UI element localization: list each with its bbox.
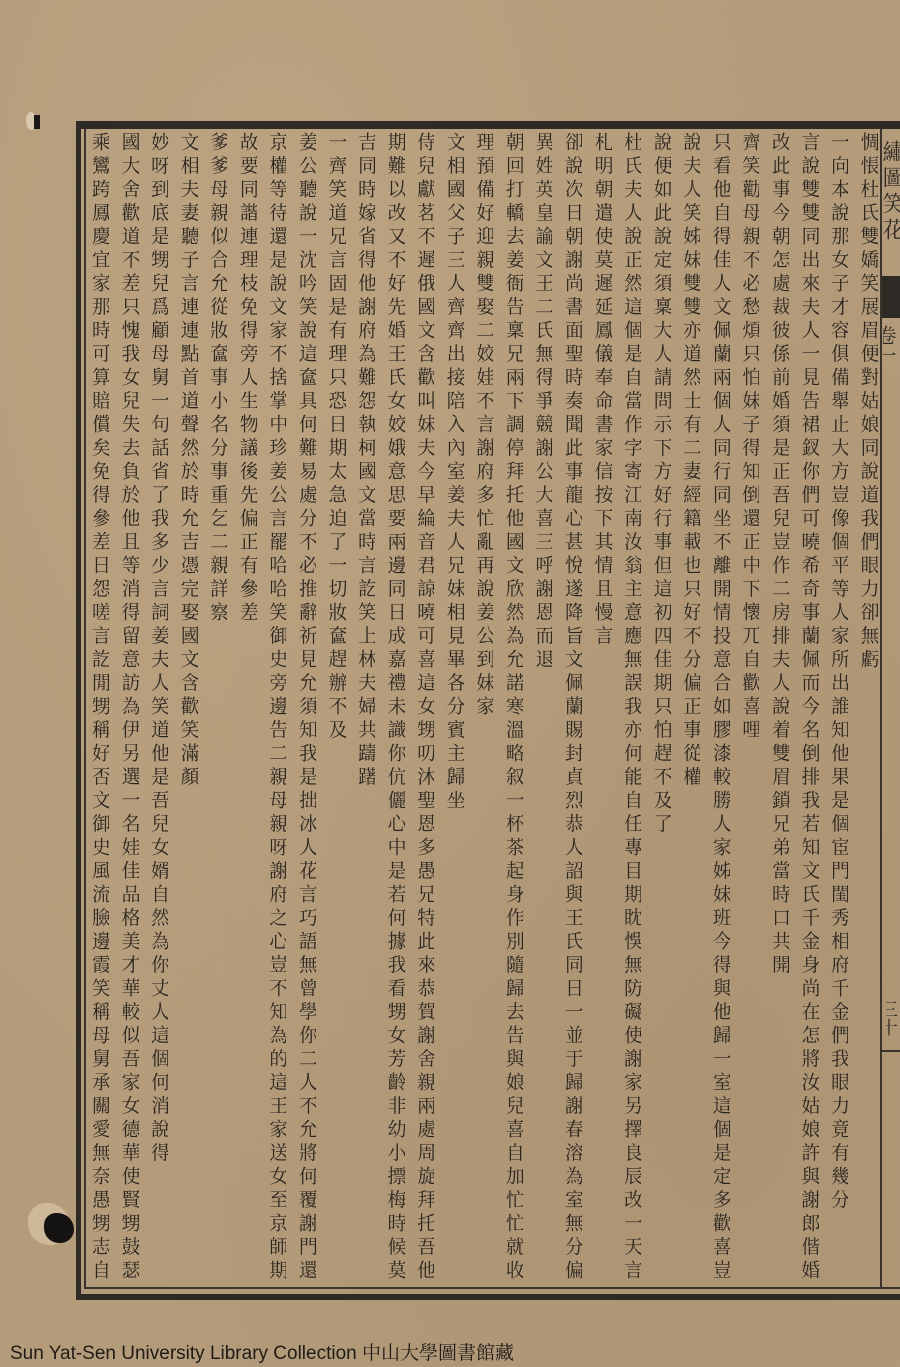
text-column: 朝回打轎去姜衙告稟兄兩下調停拜托他國文欣然為允諾寒溫略叙一杯茶起身作別隨歸去告與… [504, 132, 523, 1282]
text-column: 只看他自得佳人文佩蘭兩個人同行同坐不離開情投意合如膠漆較勝人家姊妹班今得與他歸一… [711, 132, 730, 1282]
text-column: 理預備好迎親雙娶二姣娃不言謝府多忙亂再說姜公到妹家 [474, 132, 493, 1282]
text-column: 札明朝遣使莫遲延鳳儀奉命書家信按下其情且慢言 [593, 132, 612, 1282]
text-column: 杜氏夫人說正然這個是自當作字寄江南汝翁主意應無誤我亦何能自任專目期眈悞無防礙使謝… [622, 132, 641, 1282]
text-columns: 惆悵杜氏雙嬌笑展眉便對姑娘同說道我們眼力卻無虧 一向本說那女子才容俱備舉止大方豈… [90, 132, 878, 1282]
text-column: 吉同時嫁省得他謝府為難怨執柯國文當時言訖笑上林夫婦共躊躇 [356, 132, 375, 1282]
text-column: 異姓英皇諭文王二氏無得爭競謝公大喜三呼謝恩而退 [533, 132, 552, 1282]
text-column: 說便如此說定須稟大人請問示下方好行事但這初四佳期只怕趕不及了 [652, 132, 671, 1282]
text-column: 文相夫妻聽子言連連點首道聲然於時允吉憑完娶國文含歡笑滿顏 [179, 132, 198, 1282]
text-column: 惆悵杜氏雙嬌笑展眉便對姑娘同說道我們眼力卻無虧 [859, 132, 878, 1282]
text-column: 說夫人笑姊妹雙雙亦道然士有二妻經籍載也只好不分偏正事從權 [681, 132, 700, 1282]
collection-caption: Sun Yat-Sen University Library Collectio… [10, 1338, 514, 1365]
text-column: 言說雙雙同出來夫人一見告裙釵你們可曉希奇事蘭佩而今名倒排我若知文氏千金身尚在怎將… [800, 132, 819, 1282]
text-column: 侍兒獻茗不遲俄國文含歡叫妹夫今早綸音君諒曉可喜這女甥叨沐聖恩多愚兄特此來恭賀謝舍… [415, 132, 434, 1282]
frame-inner-bottom-rule [84, 1287, 900, 1289]
text-column: 爹爹母親似合允從妝奩事小名分事重乞二親詳察 [208, 132, 227, 1282]
text-column: 改此事今朝怎處裁彼係前婚須是正吾兒豈作二房排夫人說着雙眉鎖兄弟當時口共開 [770, 132, 789, 1282]
text-column: 期難以改又不好先婚王氏女姣娥意思要兩邊同日成嘉禮未識你伉儷心中是若何據我看甥女芳… [386, 132, 405, 1282]
text-column: 姜公聽說一沈吟笑說這奩具何難易處分不必推辭祈見允須知我是拙冰人花言巧語無曾學你二… [297, 132, 316, 1282]
paper-hole [44, 1213, 74, 1243]
frame-inner-left-rule [84, 129, 86, 1289]
binding-mark [34, 115, 40, 129]
spine-volume-label: 卷一 [883, 325, 900, 365]
spine-page-number: 三十 [886, 1000, 900, 1040]
scanned-book-page: 繡圖笑花 卷一 三十 惆悵杜氏雙嬌笑展眉便對姑娘同說道我們眼力卻無虧 一向本說那… [0, 0, 900, 1367]
text-column: 故要同諧連理枝免得旁人生物議後先偏正有參差 [238, 132, 257, 1282]
text-column: 乘鸞跨鳳慶宜家那時可算賠償矣免得參差日怨嗟言訖閒甥稱好否文御史風流臉邊霞笑稱母舅… [90, 132, 109, 1282]
caption-english: Sun Yat-Sen University Library Collectio… [10, 1343, 357, 1364]
text-column: 京權等待還是說文家不捨掌中珍姜公言罷哈哈笑御史旁邊告二親母親呀謝府之心豈不知為的… [267, 132, 286, 1282]
spine-divider [882, 1050, 900, 1052]
spine-fishtail-mark [882, 276, 900, 318]
text-column: 齊笑勸母親不必愁煩只怕妹子得知倒還正中下懷兀自歡喜哩 [740, 132, 759, 1282]
text-column: 卻說次日朝謝尚書面聖時奏聞此事龍心甚悅遂降旨文佩蘭賜封貞烈恭人詔與王氏同日一並于… [563, 132, 582, 1282]
text-column: 一向本說那女子才容俱備舉止大方豈像個平等人家所出誰知他果是個宦門閨秀相府千金們我… [829, 132, 848, 1282]
text-column: 一齊笑道兄言固是有理只恐日期太急迫了一切妝奩趕辦不及 [327, 132, 346, 1282]
caption-chinese: 中山大學圖書館藏 [362, 1342, 514, 1364]
text-column: 國大舍歡道不差只愧我女兒失去負於他且等消得留意訪為伊另選一名娃佳品格美才華較似吾… [120, 132, 139, 1282]
text-column: 文相國父子三人齊齊出接陪入內室姜夫人兄妹相見畢各分賓主歸坐 [445, 132, 464, 1282]
spine-book-title: 繡圖笑花 [883, 140, 900, 270]
text-column: 妙呀到底是甥兒爲顧母舅一句話省了我多少言詞姜夫人笑道他是吾兒女婿自然為你丈人這個… [149, 132, 168, 1282]
